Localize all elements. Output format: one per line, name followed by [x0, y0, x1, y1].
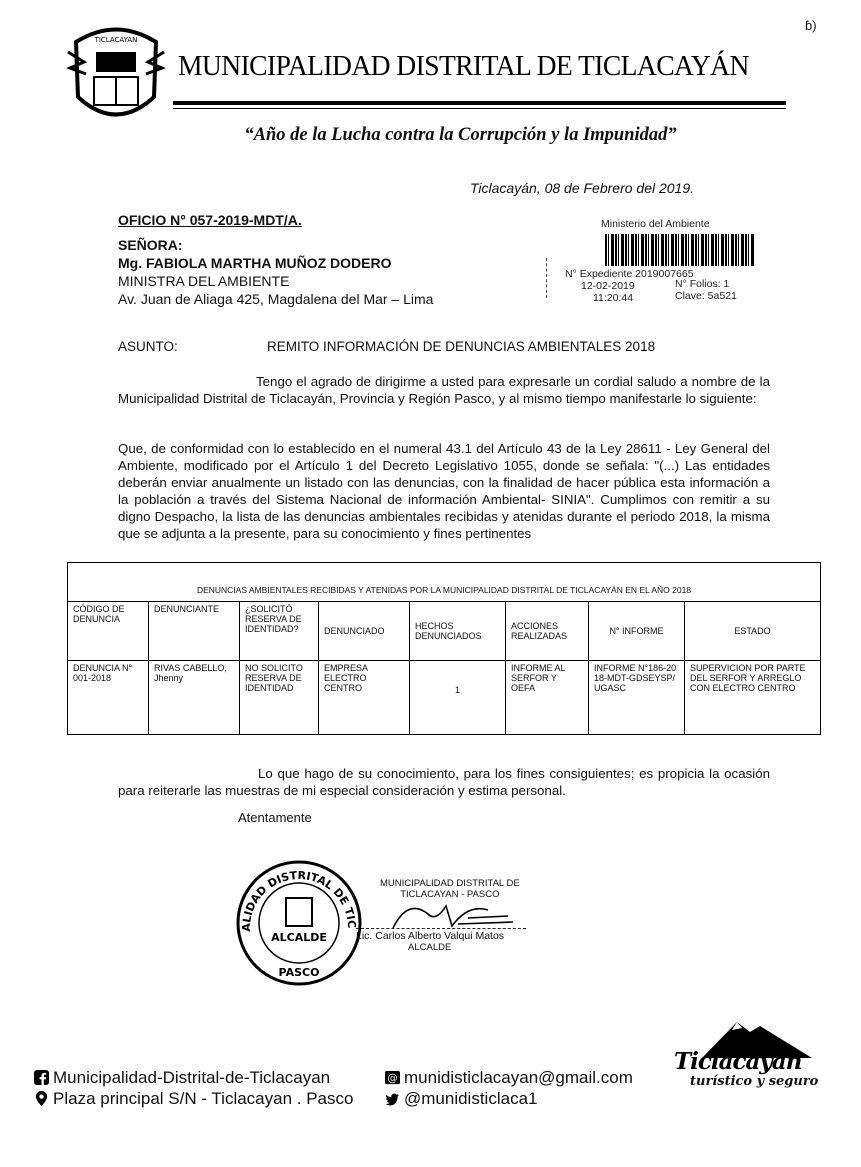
cell-estado: SUPERVICION POR PARTE DEL SERFOR Y ARREG… [685, 660, 821, 734]
svg-text:ALCALDE: ALCALDE [271, 931, 327, 944]
col-informe: N° INFORME [589, 602, 685, 660]
cell-acciones: INFORME AL SERFOR Y OEFA [506, 660, 589, 734]
subject: REMITO INFORMACIÓN DE DENUNCIAS AMBIENTA… [267, 339, 655, 354]
place-date: Ticlacayán, 08 de Febrero del 2019. [470, 180, 694, 196]
cell-codigo: DENUNCIA N° 001-2018 [68, 660, 149, 734]
paragraph-legal-basis: Que, de conformidad con lo establecido e… [118, 440, 770, 542]
denunciante-nombre: Jhenny [154, 673, 183, 683]
municipal-crest-logo: TICLACAYAN [66, 22, 166, 126]
cell-reserva: NO SOLICITO RESERVA DE IDENTIDAD [240, 660, 319, 734]
recipient-address: Av. Juan de Aliaga 425, Magdalena del Ma… [118, 290, 433, 308]
col-estado: ESTADO [685, 602, 821, 660]
footer-twitter[interactable]: @munidisticlaca1 [385, 1088, 633, 1109]
mayor-seal: MUNICIPALIDAD DISTRITAL DE TICLACAYAN AL… [234, 858, 364, 988]
complaints-table: DENUNCIAS AMBIENTALES RECIBIDAS Y ATENID… [67, 562, 821, 735]
stamp-date: 12-02-2019 [581, 280, 635, 292]
stamp-ministry: Ministerio del Ambiente [601, 218, 710, 230]
location-pin-icon [34, 1091, 49, 1106]
svg-text:PASCO: PASCO [279, 966, 320, 979]
cell-hechos: 1 [410, 660, 506, 734]
tourism-brand-logo: Ticlacayán turístico y seguro [672, 1018, 832, 1103]
signature-block: MUNICIPALIDAD DISTRITAL DE TICLACAYAN - … [348, 878, 538, 958]
recipient-title: MINISTRA DEL AMBIENTE [118, 272, 433, 290]
signatory-role: ALCALDE [408, 942, 451, 953]
organization-title: MUNICIPALIDAD DISTRITAL DE TICLACAYÁN [178, 50, 749, 83]
stamp-time: 11:20:44 [581, 292, 635, 304]
cell-informe: INFORME N°186-2018-MDT-GDSEYSP/UGASC [589, 660, 685, 734]
stamp-datetime: 12-02-2019 11:20:44 [581, 280, 635, 304]
signature-municipality-line1: MUNICIPALIDAD DISTRITAL DE [380, 878, 520, 889]
stamp-folios-clave: N° Folios: 1 Clave: 5a521 [675, 278, 737, 302]
footer-facebook[interactable]: Municipalidad-Distrital-de-Ticlacayan [34, 1067, 353, 1088]
subject-label: ASUNTO: [118, 339, 178, 354]
col-denunciado: DENUNCIADO [319, 602, 410, 660]
stamp-folios: N° Folios: 1 [675, 278, 737, 290]
header-rule-thin [173, 108, 786, 109]
header-rule [173, 101, 786, 105]
col-reserva: ¿SOLICITÓ RESERVA DE IDENTIDAD? [240, 602, 319, 660]
stamp-clave: Clave: 5a521 [675, 290, 737, 302]
cell-denunciado: EMPRESA ELECTRO CENTRO [319, 660, 410, 734]
paragraph-closing: Lo que hago de su conocimiento, para los… [118, 765, 770, 799]
year-motto: “Año de la Lucha contra la Corrupción y … [0, 125, 861, 146]
table-header-row: CÓDIGO DE DENUNCIA DENUNCIANTE ¿SOLICITÓ… [68, 602, 820, 660]
brand-name: Ticlacayán [674, 1048, 801, 1075]
footer-email[interactable]: @munidisticlacayan@gmail.com [385, 1067, 633, 1088]
denunciante-apellidos: RIVAS CABELLO, [154, 663, 227, 673]
twitter-icon [385, 1091, 400, 1106]
twitter-handle: @munidisticlaca1 [404, 1089, 537, 1108]
svg-text:TICLACAYAN: TICLACAYAN [94, 36, 138, 44]
col-codigo: CÓDIGO DE DENUNCIA [68, 602, 149, 660]
closing-word: Atentamente [238, 810, 312, 825]
signatory-name: Lic. Carlos Alberto Valqui Matos [356, 930, 504, 942]
brand-tagline: turístico y seguro [690, 1074, 818, 1089]
signature-line [356, 928, 526, 929]
svg-text:@: @ [387, 1072, 397, 1084]
address-text: Plaza principal S/N - Ticlacayan . Pasco [53, 1089, 353, 1108]
col-denunciante: DENUNCIANTE [149, 602, 240, 660]
col-hechos: HECHOS DENUNCIADOS [410, 602, 506, 660]
footer-address: Plaza principal S/N - Ticlacayan . Pasco [34, 1088, 353, 1109]
table-row: DENUNCIA N° 001-2018 RIVAS CABELLO, Jhen… [68, 660, 820, 734]
email-icon: @ [385, 1070, 400, 1085]
table-title: DENUNCIAS AMBIENTALES RECIBIDAS Y ATENID… [68, 563, 820, 602]
handwritten-page-mark: ɓ) [805, 18, 817, 33]
recipient-name: Mg. FABIOLA MARTHA MUÑOZ DODERO [118, 254, 433, 272]
email-address: munidisticlacayan@gmail.com [404, 1068, 633, 1087]
facebook-icon [34, 1070, 49, 1085]
stamp-perforation [546, 258, 549, 298]
paragraph-greeting: Tengo el agrado de dirigirme a usted par… [118, 373, 770, 407]
reception-stamp: Ministerio del Ambiente N° Expediente 20… [565, 218, 765, 306]
footer-contact-left: Municipalidad-Distrital-de-Ticlacayan Pl… [34, 1067, 353, 1109]
footer-contact-right: @munidisticlacayan@gmail.com @munidistic… [385, 1067, 633, 1109]
letter-reference: OFICIO N° 057-2019-MDT/A. [118, 212, 302, 228]
cell-denunciante: RIVAS CABELLO, Jhenny [149, 660, 240, 734]
recipient-block: SEÑORA: Mg. FABIOLA MARTHA MUÑOZ DODERO … [118, 236, 433, 308]
salutation: SEÑORA: [118, 236, 433, 254]
barcode [605, 234, 755, 266]
col-acciones: ACCIONES REALIZADAS [506, 602, 589, 660]
facebook-page: Municipalidad-Distrital-de-Ticlacayan [53, 1068, 330, 1087]
